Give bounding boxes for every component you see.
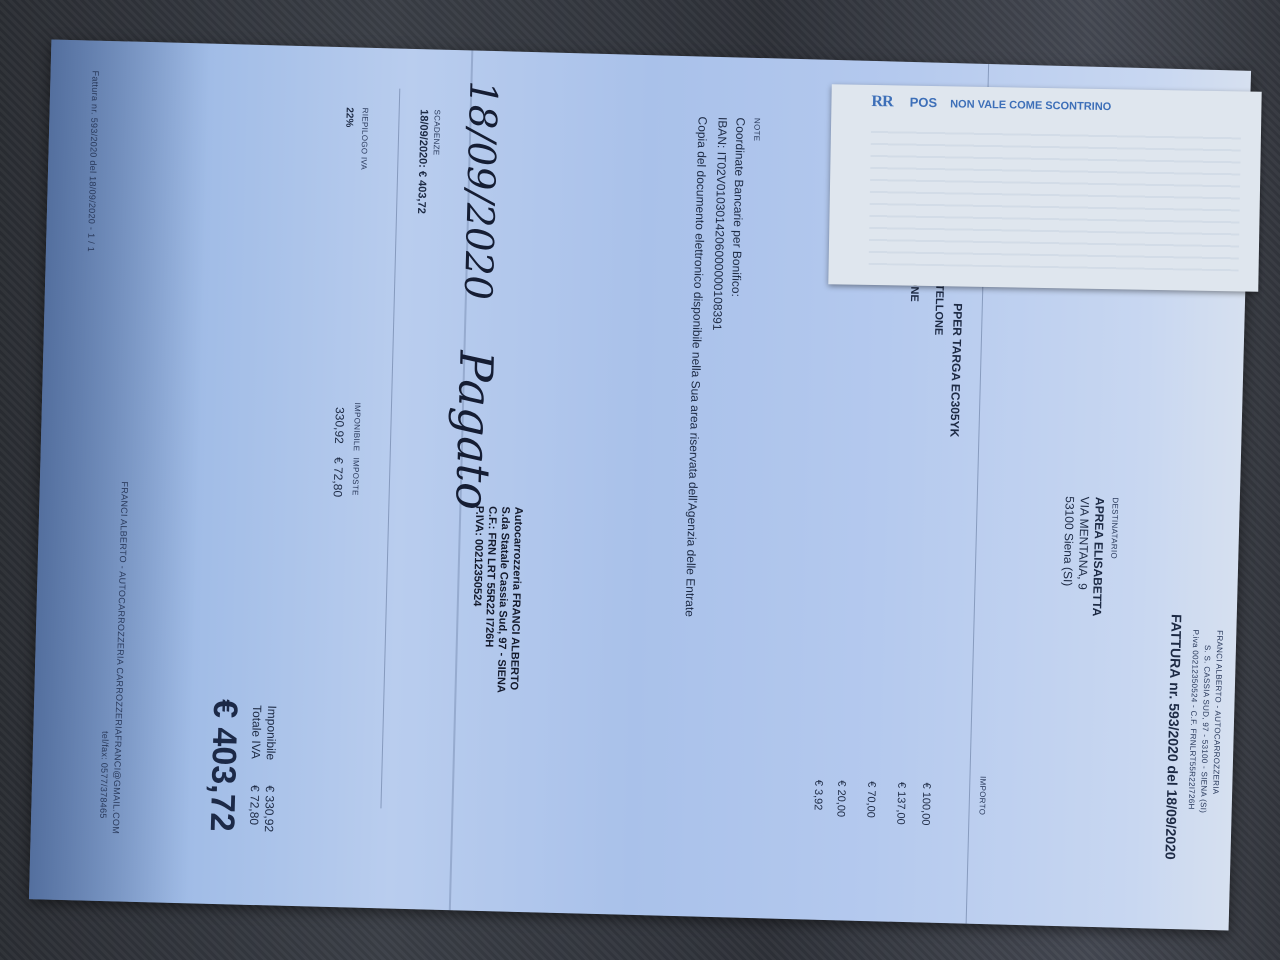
totals-iva: € 72,80 bbox=[247, 785, 262, 825]
item-amount: € 70,00 bbox=[864, 781, 877, 818]
receipt-faded-text bbox=[869, 125, 1241, 271]
footer-phone: tel/fax: 0577/378465 bbox=[98, 731, 110, 819]
receipt-logo: RR bbox=[871, 93, 892, 110]
invoice-title-prefix: FATTURA bbox=[1167, 614, 1185, 679]
notes-label: NOTE bbox=[752, 118, 762, 142]
due-value: 18/09/2020: € 403,72 bbox=[415, 109, 430, 214]
imponibile-header: IMPONIBILE bbox=[352, 402, 362, 451]
recipient-label: DESTINATARIO bbox=[1109, 497, 1120, 559]
receipt-header: RR POS NON VALE COME SCONTRINO bbox=[871, 93, 1111, 115]
vehicle-note: PPER TARGA EC305YK bbox=[947, 303, 965, 437]
grand-total: € 403,72 bbox=[202, 699, 244, 832]
imposte-header: IMPOSTE bbox=[351, 457, 361, 495]
company-stamp: Autocarrozzeria FRANCI ALBERTO S.da Stat… bbox=[468, 506, 525, 694]
recipient-street: VIA MENTANA, 9 bbox=[1075, 496, 1091, 589]
receipt-notice: NON VALE COME SCONTRINO bbox=[950, 98, 1111, 113]
recipient-name: APREA ELISABETTA bbox=[1090, 497, 1107, 617]
invoice-number: nr. 593/2020 del 18/09/2020 bbox=[1162, 682, 1183, 860]
handwritten-paid: Pagato bbox=[445, 350, 503, 511]
totals-imponibile: € 330,92 bbox=[262, 785, 277, 832]
issuer-name: FRANCI ALBERTO - AUTOCARROZZERIA bbox=[1211, 630, 1224, 794]
totals-imponibile-label: Imponibile bbox=[264, 705, 279, 760]
imposte-value: € 72,80 bbox=[331, 457, 346, 497]
copy-notice: Copia del documento elettronico disponib… bbox=[683, 116, 710, 617]
vat-rule bbox=[380, 89, 400, 809]
footer-company: FRANCI ALBERTO - AUTOCARROZZERIA CARROZZ… bbox=[111, 481, 130, 834]
totals-iva-label: Totale IVA bbox=[249, 705, 264, 759]
handwritten-date: 18/09/2020 bbox=[456, 80, 506, 300]
item-amount: € 3,92 bbox=[812, 780, 825, 811]
bank-details: Coordinate Bancarie per Bonifico: bbox=[729, 117, 748, 297]
invoice-title: FATTURA nr. 593/2020 del 18/09/2020 bbox=[1162, 614, 1184, 860]
footer-email: CARROZZERIAFRANCI@GMAIL.COM bbox=[111, 667, 125, 834]
vat-rate: 22% bbox=[343, 107, 355, 127]
recipient-city: 53100 Siena (SI) bbox=[1060, 496, 1076, 586]
due-label: SCADENZE bbox=[432, 109, 442, 155]
item-amount: € 137,00 bbox=[894, 782, 907, 825]
importo-header: IMPORTO bbox=[977, 776, 987, 815]
receipt-pos-label: POS bbox=[910, 95, 938, 110]
footer-page-ref: Fattura nr. 593/2020 del 18/09/2020 - 1 … bbox=[86, 70, 101, 252]
imponibile-value: 330,92 bbox=[332, 407, 347, 444]
item-amount: € 100,00 bbox=[919, 782, 932, 825]
iban: IBAN: IT02V0103014206000000108391 bbox=[710, 117, 730, 331]
pos-receipt: RR POS NON VALE COME SCONTRINO bbox=[828, 84, 1261, 291]
issuer-address: S. S. CASSIA SUD, 97 - 53100 - SIENA (SI… bbox=[1199, 645, 1212, 814]
item-amount: € 20,00 bbox=[834, 780, 847, 817]
vat-summary-label: RIEPILOGO IVA bbox=[359, 108, 370, 171]
footer-company-name: FRANCI ALBERTO - AUTOCARROZZERIA bbox=[115, 481, 130, 664]
issuer-tax-ids: P.iva 00212350524 - C.F. FRNLRT55R22I726… bbox=[1187, 629, 1201, 809]
